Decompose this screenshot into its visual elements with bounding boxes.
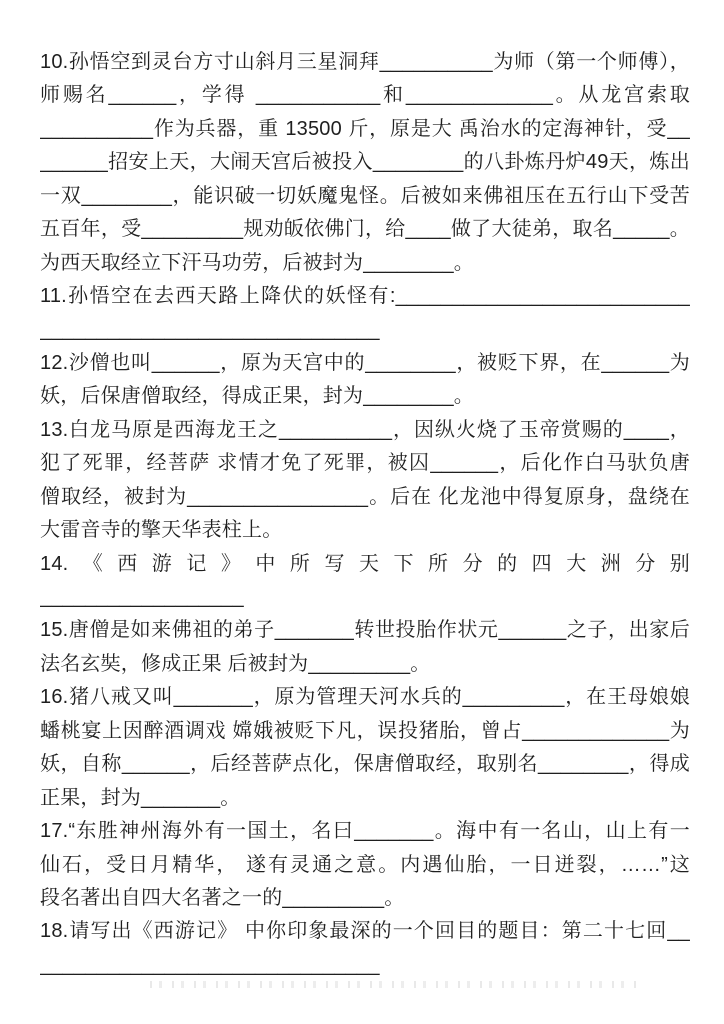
question-17-line: 仙石，受日月精华， 遂有灵通之意。内遇仙胎，一日迸裂，……”这 [40,849,690,882]
question-10-line: __________作为兵器，重 13500 斤，原是大 禹治水的定海神针，受_… [40,113,690,146]
question-18-line: 18.请写出《西游记》 中你印象最深的一个回目的题目：第二十七回__ [40,915,690,948]
question-17-line: 段名著出自四大名著之一的_________。 [40,882,690,915]
question-17-line: 17.“东胜神州海外有一国土，名曰_______。海中有一名山，山上有一 [40,815,690,848]
question-11-line: ______________________________ [40,314,690,347]
question-10-line: 五百年，受_________规劝皈依佛门，给____做了大徒弟，取名_____。 [40,213,690,246]
question-16-line: 正果，封为_______。 [40,782,690,815]
question-14-line: 14.《西游记》中所写天下所分的四大洲分别是:_________________… [40,548,690,581]
worksheet-body: 10.孙悟空到灵台方寸山斜月三星洞拜__________为师（第一个师傅），祖师… [40,46,690,982]
question-10-line: 为西天取经立下汗马功劳，后被封为________。 [40,247,690,280]
question-10-line: 一双________，能识破一切妖魔鬼怪。后被如来佛祖压在五行山下受苦 [40,180,690,213]
question-12-line: 12.沙僧也叫______，原为天宫中的________，被贬下界，在_____… [40,347,690,380]
worksheet-page: 10.孙悟空到灵台方寸山斜月三星洞拜__________为师（第一个师傅），祖师… [0,0,724,1024]
question-15-line: 法名玄奘，修成正果 后被封为_________。 [40,648,690,681]
question-10-line: 10.孙悟空到灵台方寸山斜月三星洞拜__________为师（第一个师傅），祖 [40,46,690,79]
question-12-line: 妖，后保唐僧取经，得成正果，封为________。 [40,380,690,413]
question-10-line: ______招安上天，大闹天宫后被投入________的八卦炼丹炉49天，炼出 [40,146,690,179]
question-11-line: 11.孙悟空在去西天路上降伏的妖怪有:_____________________… [40,280,690,313]
question-13-line: 13.白龙马原是西海龙王之__________，因纵火烧了玉帝赏赐的____， [40,414,690,447]
question-18-line: ______________________________ [40,949,690,982]
question-16-line: 16.猪八戒又叫_______，原为管理天河水兵的_________，在王母娘娘… [40,681,690,714]
question-13-line: 大雷音寺的擎天华表柱上。 [40,514,690,547]
question-13-line: 僧取经，被封为________________。后在 化龙池中得复原身，盘绕在 [40,481,690,514]
question-14-line: __________________ [40,581,690,614]
faint-watermark-row [150,981,640,988]
question-13-line: 犯了死罪，经菩萨 求情才免了死罪，被囚______，后化作白马驮负唐 [40,447,690,480]
question-16-line: 妖，自称______，后经菩萨点化，保唐僧取经，取别名________，得成 [40,748,690,781]
question-15-line: 15.唐僧是如来佛祖的弟子_______转世投胎作状元______之子，出家后 [40,614,690,647]
question-16-line: 蟠桃宴上因醉酒调戏 嫦娥被贬下凡，误投猪胎，曾占_____________为 [40,715,690,748]
question-10-line: 师赐名______，学得 ___________和_____________。从… [40,79,690,112]
